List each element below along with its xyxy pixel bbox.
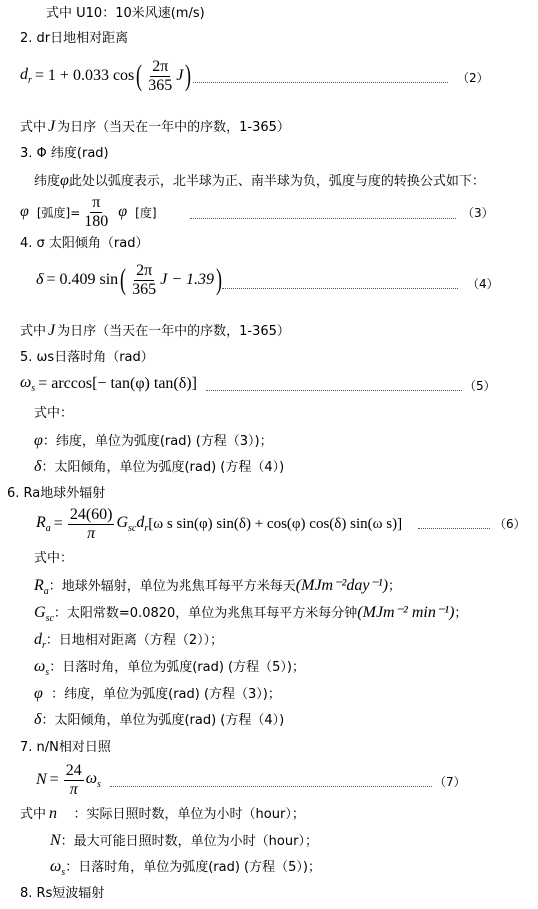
eq2-body: = 1 + 0.033 cos (35, 67, 134, 85)
eq5-def-declination: δ：太阳倾角，单位为弧度(rad) (方程（4）) (34, 458, 284, 477)
eq7-number: （7） (434, 773, 466, 790)
wind-speed-note: 式中 U10：10米风速(m/s) (46, 5, 205, 23)
equation-2: dr = 1 + 0.033 cos ( 2π365 J ) (20, 58, 193, 94)
eq2-fraction: 2π365 (146, 59, 174, 94)
eq2-tail: J (176, 67, 183, 85)
section-7-heading: 7. n/N相对日照 (20, 739, 111, 757)
eq6-def-dr: dr：日地相对距离（方程（2））； (34, 631, 223, 655)
eq6-number: （6） (494, 515, 526, 532)
eq4-note: 式中J为日序（当天在一年中的序数，1-365） (20, 322, 290, 341)
eq2-lhs: dr (20, 66, 32, 86)
eq5-def-latitude: φ：纬度，单位为弧度(rad) (方程（3）)； (34, 432, 273, 451)
eq7-def-N: N：最大可能日照时数，单位为小时（hour）； (50, 832, 318, 851)
eq6-def-latitude: φ ：纬度，单位为弧度(rad) (方程（3）)； (34, 685, 281, 704)
eq6-leader-dots (418, 528, 490, 529)
section-4-heading: 4. σ 太阳倾角（rad） (20, 235, 148, 253)
section-3-heading: 3. Φ 纬度(rad) (20, 145, 109, 163)
eq6-def-declination: δ：太阳倾角，单位为弧度(rad) (方程（4）) (34, 711, 284, 730)
eq3-leader-dots (190, 218, 456, 219)
equation-6: Ra = 24(60)π Gsc dr [ω s sin(φ) sin(δ) +… (36, 502, 402, 546)
eq4-leader-dots (222, 288, 458, 289)
eq6-def-ra: Ra：地球外辐射，单位为兆焦耳每平方米每天(MJm⁻²day⁻¹)； (34, 577, 401, 601)
eq6-def-gsc: Gsc：太阳常数=0.0820，单位为兆焦耳每平方米每分钟(MJm⁻² min⁻… (34, 604, 467, 628)
eq7-def-n: 式中n ：实际日照时数，单位为小时（hour）； (20, 805, 305, 824)
equation-4: δ = 0.409 sin ( 2π365 J − 1.39 ) (36, 262, 224, 298)
section-5-heading: 5. ωs日落时角（rad） (20, 349, 154, 367)
eq3-number: （3） (462, 204, 494, 221)
equation-5: ωs = arccos[− tan(φ) tan(δ)] (20, 372, 197, 396)
eq2-number: （2） (457, 69, 489, 86)
equation-7: N = 24π ωs (36, 760, 101, 800)
section-6-heading: 6. Ra地球外辐射 (7, 485, 105, 503)
eq4-number: （4） (467, 275, 499, 292)
eq6-def-omega: ωs：日落时角，单位为弧度(rad) (方程（5）)； (34, 658, 305, 682)
section-2-heading: 2. dr日地相对距离 (20, 30, 128, 48)
eq5-number: （5） (464, 377, 496, 394)
eq2-leader-dots (193, 82, 448, 83)
eq6-where: 式中： (34, 550, 73, 568)
section-8-heading: 8. Rs短波辐射 (20, 885, 104, 903)
eq7-leader-dots (110, 786, 432, 787)
eq5-where: 式中： (34, 405, 73, 423)
eq7-def-omega: ωs：日落时角，单位为弧度(rad) (方程（5）)； (50, 858, 321, 882)
eq2-note: 式中J为日序（当天在一年中的序数，1-365） (20, 118, 290, 137)
latitude-description: 纬度φ此处以弧度表示，北半球为正、南半球为负，弧度与度的转换公式如下： (34, 172, 485, 191)
eq5-leader-dots (206, 390, 462, 391)
equation-3: φ [弧度]= π180 φ [度] (20, 192, 157, 232)
